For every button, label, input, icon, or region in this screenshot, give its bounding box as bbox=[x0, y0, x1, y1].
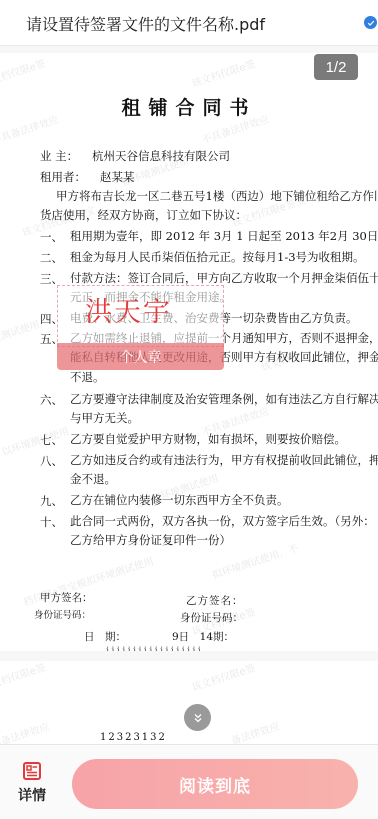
tenant-label: 租用者： bbox=[40, 170, 86, 184]
party-a-sign-label: 甲方签名： bbox=[40, 591, 93, 605]
document-title: 租铺合同书 bbox=[0, 93, 378, 120]
read-to-end-button[interactable]: 阅读到底 bbox=[72, 759, 358, 809]
double-chevron-down-icon bbox=[192, 712, 204, 724]
check-circle-icon bbox=[364, 16, 377, 29]
document-viewer[interactable]: 1/2 文档仅限e签 该文档仅限e签 ，不具备法律效应 不具备法律效应 拟环境测… bbox=[0, 47, 378, 749]
stamp-type-label: 个人章 bbox=[57, 343, 224, 370]
signature-stamp[interactable]: 洪天宇 个人章 bbox=[57, 285, 224, 371]
party-b-sign-label: 乙方签名： bbox=[186, 594, 244, 608]
clause-text: 乙方要自觉爱护甲方财物，如有损坏，则要按价赔偿。 bbox=[70, 432, 346, 446]
clause-number: 八、 bbox=[40, 453, 63, 469]
filler-text: jjjjjjjjjjjjjjjjjj bbox=[106, 645, 203, 651]
stamp-name: 洪天宇 bbox=[85, 290, 172, 329]
clause-number: 六、 bbox=[40, 392, 63, 408]
watermark: 境测试使用 bbox=[0, 316, 41, 346]
clause-number: 十、 bbox=[40, 514, 63, 530]
page2-text: 12323132 bbox=[100, 731, 167, 745]
clause-number: 二、 bbox=[40, 250, 63, 266]
party-a-id-label: 身份证号码： bbox=[34, 609, 91, 623]
clause-text: 租金为每月人民币柒佰伍拾元正。按每月1-3号为收租期。 bbox=[70, 250, 365, 264]
document-details-icon bbox=[22, 761, 42, 781]
details-button[interactable]: 详情 bbox=[14, 761, 50, 805]
watermark: 文档仅限e签 bbox=[0, 661, 47, 690]
clause-text: 此合同一式两份，双方各执一份，双方签字后生效。（另外： bbox=[70, 514, 375, 528]
clause-text: 乙方要遵守法律制度及治安管理条例，如有违法乙方自行解决 bbox=[70, 392, 378, 406]
owner-label: 业 主： bbox=[40, 149, 78, 163]
watermark: 文档仅限e签 bbox=[0, 55, 47, 87]
party-b-id-label: 身份证号码： bbox=[180, 611, 243, 625]
clause-text: 租用期为壹年，即 2012 年 3月 1 日起至 2013 年2月 30日止。 bbox=[70, 229, 378, 243]
owner-value: 杭州天谷信息科技有限公司 bbox=[92, 149, 230, 163]
watermark: 备法律效应 bbox=[229, 718, 281, 748]
clause-text: 付款方法：签订合同后，甲方向乙方收取一个月押金柒佰伍十 bbox=[70, 271, 378, 285]
date-label: 日 期： bbox=[84, 630, 126, 644]
intro-line: 货店使用，经双方协商，订立如下协议： bbox=[40, 208, 247, 222]
document-page-1: 文档仅限e签 该文档仅限e签 ，不具备法律效应 不具备法律效应 拟环境测试使用 … bbox=[0, 53, 378, 651]
clause-number: 九、 bbox=[40, 493, 63, 509]
clause-text: 与甲方无关。 bbox=[70, 411, 139, 425]
clause-text: 金不退。 bbox=[70, 472, 116, 486]
watermark: 该文档仅限e签 bbox=[189, 661, 257, 694]
document-page-2: 文档仅限e签 该文档仅限e签 具备法律效应 备法律效应 12323132 bbox=[0, 661, 378, 749]
details-label: 详情 bbox=[14, 785, 50, 805]
clause-number: 七、 bbox=[40, 432, 63, 448]
watermark: 该文档仅限e签 bbox=[189, 55, 257, 90]
page-indicator: 1/2 bbox=[314, 54, 358, 80]
date-value: 9日 14期： bbox=[172, 630, 234, 644]
footer-bar: 详情 阅读到底 bbox=[0, 744, 378, 819]
scroll-down-button[interactable] bbox=[184, 704, 211, 731]
file-name-title[interactable]: 请设置待签署文件的文件名称.pdf bbox=[26, 12, 265, 35]
clause-text: 乙方给甲方身份证复印件一份） bbox=[70, 533, 231, 547]
clause-number: 一、 bbox=[40, 229, 63, 245]
intro-line: 甲方将布吉长龙一区二巷五号1楼（西边）地下铺位租给乙方作旧 bbox=[56, 189, 378, 203]
clause-text: 不退。 bbox=[70, 370, 105, 384]
tenant-value: 赵某某 bbox=[100, 170, 135, 184]
clause-text: 乙方在铺位内装修一切东西甲方全不负责。 bbox=[70, 493, 289, 507]
header-bar: 请设置待签署文件的文件名称.pdf bbox=[0, 0, 378, 46]
clause-text: 乙方如违反合约或有违法行为，甲方有权提前收回此铺位，押 bbox=[70, 453, 378, 467]
